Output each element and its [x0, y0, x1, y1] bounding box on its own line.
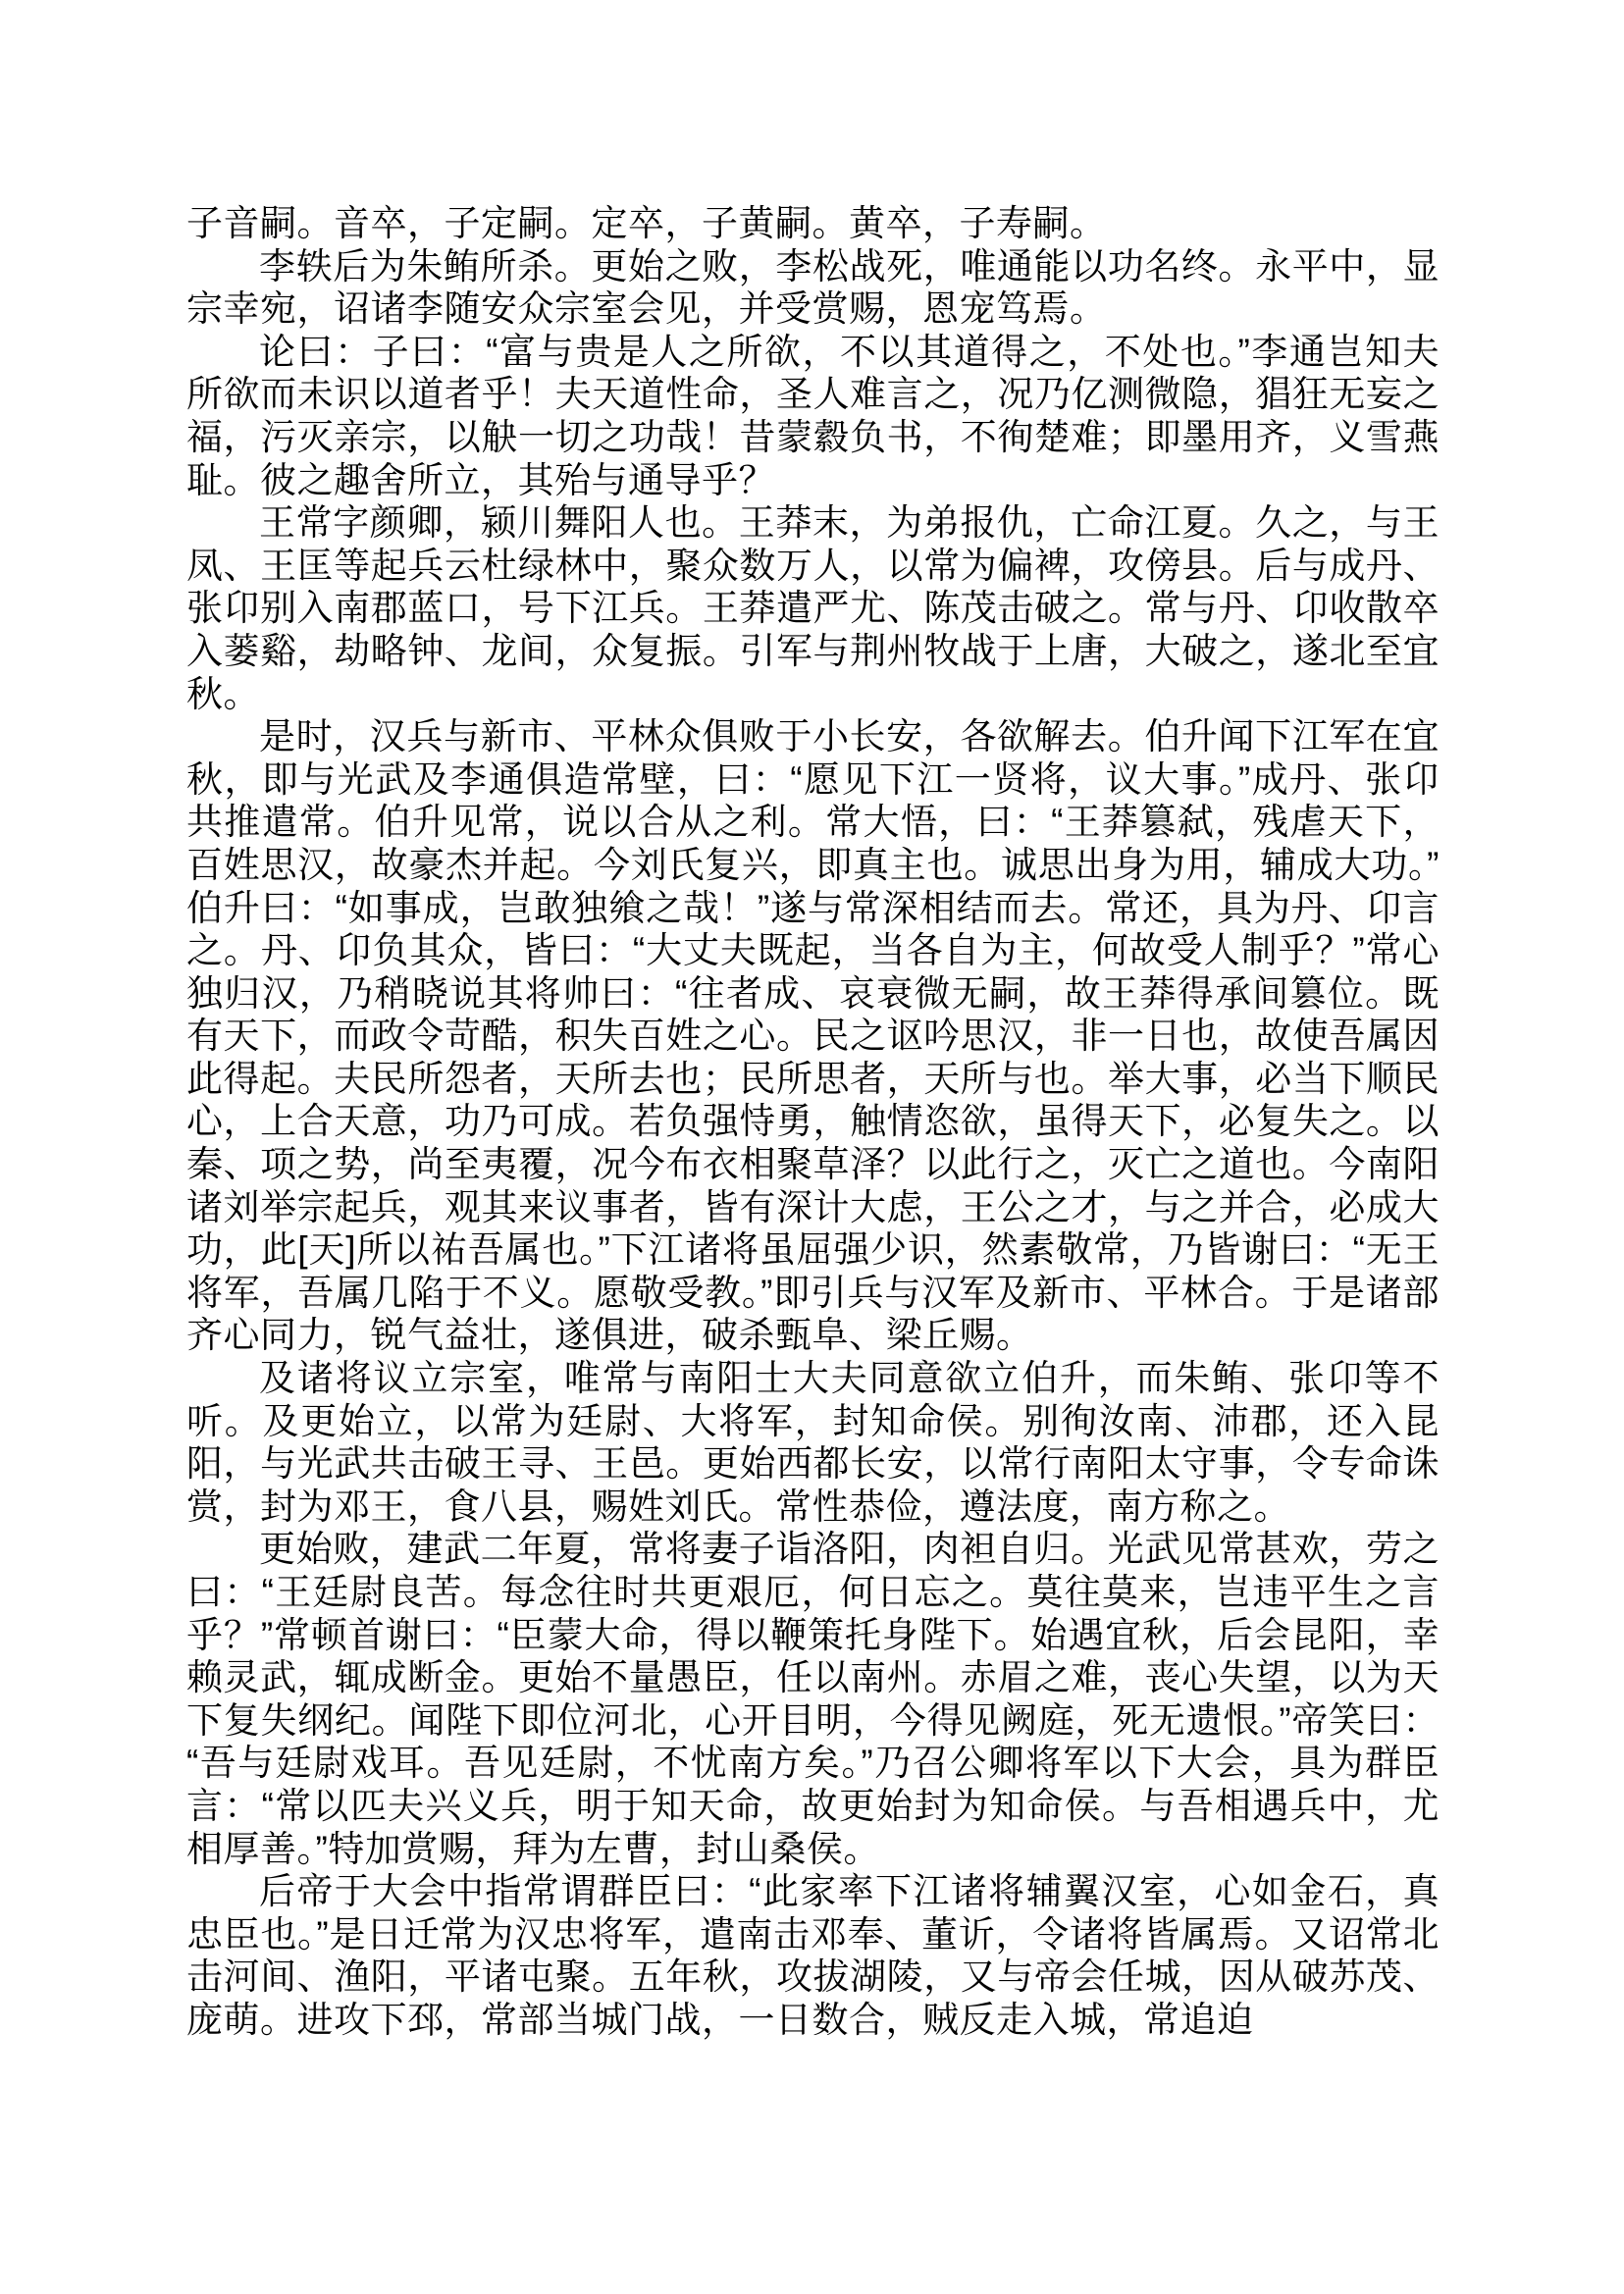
paragraph: 王常字颜卿，颍川舞阳人也。王莽末，为弟报仇，亡命江夏。久之，与王凤、王匡等起兵云… — [186, 501, 1440, 715]
paragraph: 是时，汉兵与新市、平林众俱败于小长安，各欲解去。伯升闻下江军在宜秋，即与光武及李… — [186, 715, 1440, 1357]
paragraph: 论曰：子曰：“富与贵是人之所欲，不以其道得之，不处也。”李通岂知夫所欲而未识以道… — [186, 331, 1440, 501]
paragraph: 后帝于大会中指常谓群臣曰：“此家率下江诸将辅翼汉室，心如金石，真忠臣也。”是日迁… — [186, 1870, 1440, 2041]
document-text-block: 子音嗣。音卒，子定嗣。定卒，子黄嗣。黄卒，子寿嗣。李轶后为朱鲔所杀。更始之败，李… — [186, 202, 1440, 2042]
paragraph: 子音嗣。音卒，子定嗣。定卒，子黄嗣。黄卒，子寿嗣。 — [186, 202, 1440, 245]
paragraph: 更始败，建武二年夏，常将妻子诣洛阳，肉袒自归。光武见常甚欢，劳之曰：“王廷尉良苦… — [186, 1528, 1440, 1870]
paragraph: 李轶后为朱鲔所杀。更始之败，李松战死，唯通能以功名终。永平中，显宗幸宛，诏诸李随… — [186, 245, 1440, 331]
document-page: 子音嗣。音卒，子定嗣。定卒，子黄嗣。黄卒，子寿嗣。李轶后为朱鲔所杀。更始之败，李… — [0, 0, 1624, 2294]
paragraph: 及诸将议立宗室，唯常与南阳士大夫同意欲立伯升，而朱鲔、张卬等不听。及更始立，以常… — [186, 1357, 1440, 1528]
